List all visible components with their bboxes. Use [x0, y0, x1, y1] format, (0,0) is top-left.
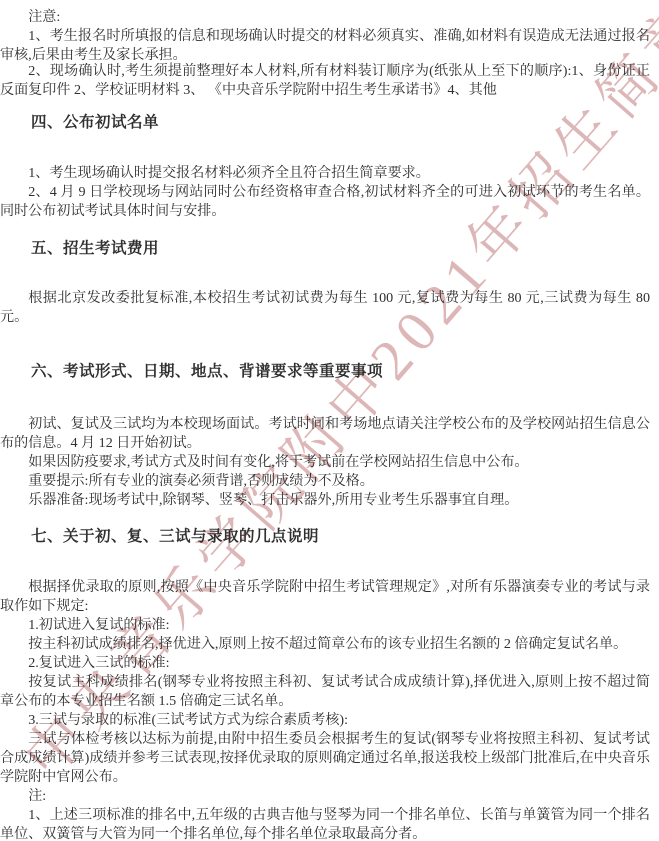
- paragraph: 按复试主科成绩排名(钢琴专业将按照主科初、复试考试合成成绩计算),择优进入,原则…: [0, 673, 650, 711]
- paragraph: 如果因防疫要求,考试方式及时间有变化,将于考试前在学校网站招生信息中公布。: [0, 453, 650, 472]
- document-page: 中央音乐学院附中2021年招生简章 注意: 1、考生报名时所填报的信息和现场确认…: [0, 0, 659, 841]
- section-heading-admission-notes: 七、关于初、复、三试与录取的几点说明: [0, 526, 650, 548]
- notice-item: 2、现场确认时,考生须提前整理好本人材料,所有材料装订顺序为(纸张从上至下的顺序…: [0, 62, 650, 100]
- document-content: 注意: 1、考生报名时所填报的信息和现场确认时提交的材料必须真实、准确,如材料有…: [0, 0, 659, 841]
- notice-label: 注意:: [0, 8, 650, 27]
- paragraph: 2.复试进入三试的标准:: [0, 654, 650, 673]
- paragraph: 初试、复试及三试均为本校现场面试。考试时间和考场地点请关注学校公布的及学校网站招…: [0, 415, 650, 453]
- paragraph: 乐器准备:现场考试中,除钢琴、竖琴、打击乐器外,所用专业考生乐器事宜自理。: [0, 491, 650, 510]
- section-heading-exam-format: 六、考试形式、日期、地点、背谱要求等重要事项: [0, 361, 650, 383]
- paragraph: 根据择优录取的原则,按照《中央音乐学院附中招生考试管理规定》,对所有乐器演奏专业…: [0, 578, 650, 616]
- paragraph: 重要提示:所有专业的演奏必须背谱,否则成绩为不及格。: [0, 472, 650, 491]
- paragraph: 3.三试与录取的标准(三试考试方式为综合素质考核):: [0, 711, 650, 730]
- section-heading-exam-fees: 五、招生考试费用: [0, 238, 650, 260]
- paragraph: 1、上述三项标准的排名中,五年级的古典吉他与竖琴为同一个排名单位、长笛与单簧管为…: [0, 806, 650, 841]
- paragraph: 1、考生现场确认时提交报名材料必须齐全且符合招生简章要求。: [0, 164, 650, 183]
- paragraph: 三试与体检考核以达标为前提,由附中招生委员会根据考生的复试(钢琴专业将按照主科初…: [0, 730, 650, 787]
- paragraph: 按主科初试成绩排名,择优进入,原则上按不超过简章公布的该专业招生名额的 2 倍确…: [0, 635, 650, 654]
- paragraph: 2、4 月 9 日学校现场与网站同时公布经资格审查合格,初试材料齐全的可进入初试…: [0, 183, 650, 221]
- notice-item: 1、考生报名时所填报的信息和现场确认时提交的材料必须真实、准确,如材料有误造成无…: [0, 27, 650, 65]
- paragraph: 注:: [0, 787, 650, 806]
- paragraph: 1.初试进入复试的标准:: [0, 616, 650, 635]
- paragraph: 根据北京发改委批复标准,本校招生考试初试费为每生 100 元,复试费为每生 80…: [0, 289, 650, 327]
- section-heading-publish-first-round-list: 四、公布初试名单: [0, 112, 650, 134]
